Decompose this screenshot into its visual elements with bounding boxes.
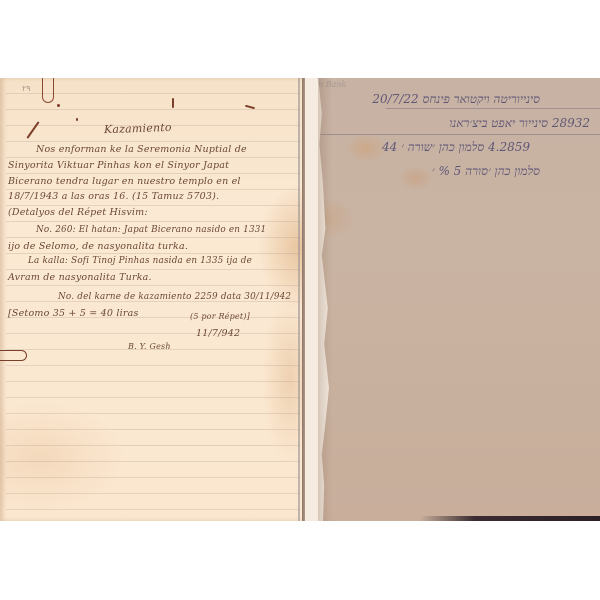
torn-edge-shadow [318,78,332,521]
record-line: ijo de Selomo, de nasyonalita turka. [8,241,188,252]
underline-rule [306,134,600,135]
solitreo-line: סינייוריטה ויקטואר פינחס 20/7/22 [372,92,540,107]
solitreo-line: סלמון כהן ׳סורה 5 % ׳ [432,164,540,179]
record-title: Kazamiento [104,121,172,136]
record-date: 11/7/942 [196,328,240,339]
cover-edge [420,516,600,521]
record-line: (Detalyos del Répet Hisvim: [8,207,148,218]
record-line: Bicerano tendra lugar en nuestro templo … [8,176,241,187]
record-line: Nos enforman ke la Seremonia Nuptial de [36,144,247,155]
record-line: (5 por Répet)] [190,312,250,321]
page-margin-line [298,78,300,521]
paperclip-icon [42,78,54,103]
solitreo-line: 28932 סינייור יאפט ביצ׳ראנו [449,116,590,131]
right-page: Ayn Bank סינייוריטה ויקטואר פינחס 20/7/2… [306,78,600,521]
record-line: No. 260: El hatan: Japat Bicerano nasido… [36,225,266,235]
left-page: ٢٩ Kazamiento Nos enforman ke la Seremon… [0,78,304,521]
ink-dot [76,118,78,121]
notebook-photo: ٢٩ Kazamiento Nos enforman ke la Seremon… [0,78,600,521]
ink-dot [57,104,60,107]
paperclip-side-icon [0,328,40,368]
record-line: Sinyorita Viktuar Pinhas kon el Sinyor J… [8,160,229,171]
solitreo-line: 4.2859 סלמון כהן ׳שורה ׳ 44 [382,140,530,155]
record-line: La kalla: Sofi Tinoj Pinhas nasida en 13… [28,256,252,266]
record-line: No. del karne de kazamiento 2259 data 30… [58,292,291,302]
record-line: Avram de nasyonalita Turka. [8,272,152,283]
ink-stroke [172,98,174,108]
record-signature: B. Y. Gesh [128,342,171,351]
underline-rule [386,108,600,109]
record-line: 18/7/1943 a las oras 16. (15 Tamuz 5703)… [8,191,219,202]
record-line: [Setomo 35 + 5 = 40 liras [8,308,139,319]
page-number: ٢٩ [22,84,31,93]
